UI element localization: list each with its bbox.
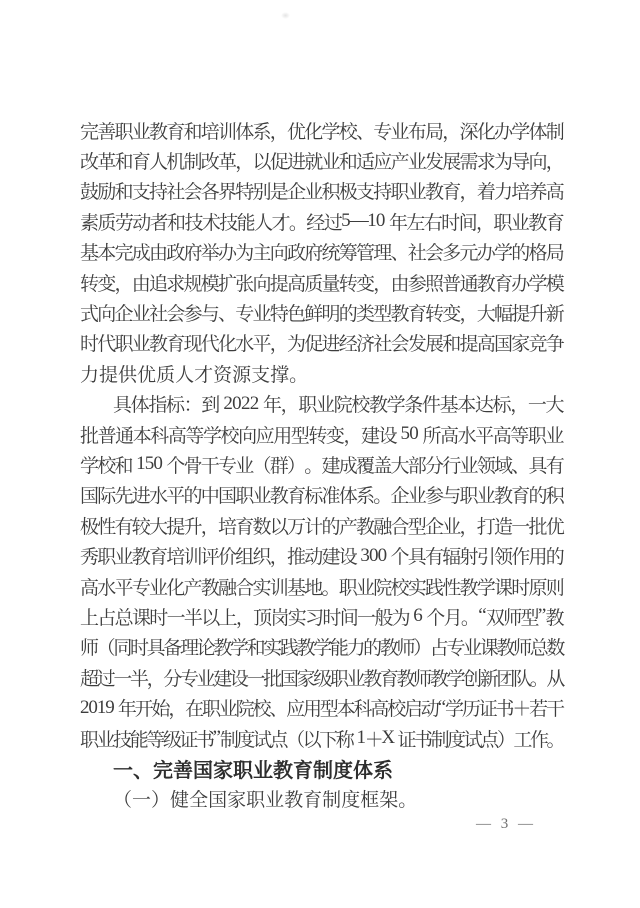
text-line: 转变，由追求规模扩张向提高质量转变，由参照普通教育办学模 (80, 267, 563, 297)
text-line: 力提供优质人才资源支撑。 (80, 358, 563, 388)
text-line: 2019 年开始，在职业院校、应用型本科高校启动“学历证书＋若干 (80, 692, 563, 722)
text-line: 极性有较大提升，培育数以万计的产教融合型企业，打造一批优 (80, 510, 563, 540)
document-page: 完善职业教育和培训体系，优化学校、专业布局，深化办学体制 改革和育人机制改革，以… (0, 0, 640, 908)
text-line: 学校和 150 个骨干专业（群）。建成覆盖大部分行业领域、具有 (80, 449, 563, 479)
text-line: 国际先进水平的中国职业教育标准体系。企业参与职业教育的积 (80, 480, 563, 510)
text-line: 批普通本科高等学校向应用型转变，建设 50 所高水平高等职业 (80, 419, 563, 449)
text-line: 时代职业教育现代化水平，为促进经济社会发展和提高国家竞争 (80, 328, 563, 358)
text-line: 师（同时具备理论教学和实践教学能力的教师）占专业课教师总数 (80, 632, 563, 662)
text-line: 高水平专业化产教融合实训基地。职业院校实践性教学课时原则 (80, 571, 563, 601)
section-heading: 一、完善国家职业教育制度体系 (80, 753, 563, 783)
subsection-heading: （一）健全国家职业教育制度框架。 (80, 784, 563, 814)
scan-artifact (281, 12, 290, 19)
text-line: 完善职业教育和培训体系，优化学校、专业布局，深化办学体制 (80, 115, 563, 145)
text-line: 上占总课时一半以上，顶岗实习时间一般为 6 个月。“双师型”教 (80, 601, 563, 631)
text-line: 改革和育人机制改革，以促进就业和适应产业发展需求为导向， (80, 145, 563, 175)
text-line: 式向企业社会参与、专业特色鲜明的类型教育转变，大幅提升新 (80, 297, 563, 327)
text-line: 具体指标：到 2022 年，职业院校教学条件基本达标，一大 (80, 389, 563, 419)
text-line: 超过一半，分专业建设一批国家级职业教育教师教学创新团队。从 (80, 662, 563, 692)
page-number: — 3 — (476, 816, 536, 833)
text-line: 秀职业教育培训评价组织，推动建设 300 个具有辐射引领作用的 (80, 540, 563, 570)
document-text-block: 完善职业教育和培训体系，优化学校、专业布局，深化办学体制 改革和育人机制改革，以… (80, 115, 563, 814)
text-line: 基本完成由政府举办为主向政府统筹管理、社会多元办学的格局 (80, 237, 563, 267)
text-line: 素质劳动者和技术技能人才。经过5—10 年左右时间，职业教育 (80, 206, 563, 236)
text-line: 职业技能等级证书”制度试点（以下称 1＋X 证书制度试点）工作。 (80, 723, 563, 753)
text-line: 鼓励和支持社会各界特别是企业积极支持职业教育，着力培养高 (80, 176, 563, 206)
